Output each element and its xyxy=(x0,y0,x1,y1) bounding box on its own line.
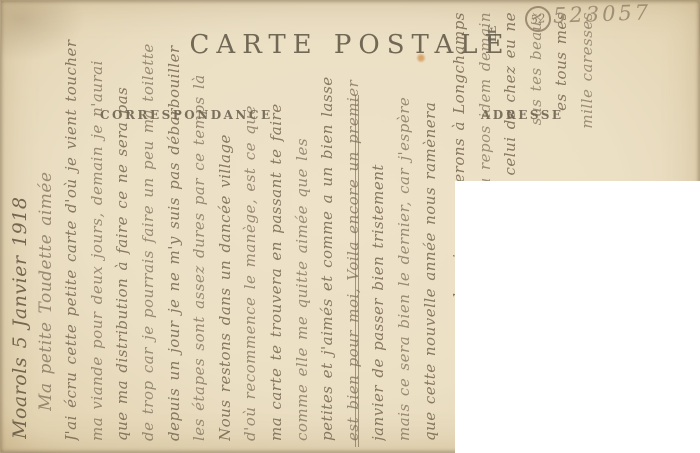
handwriting-line: de trop car je pourrais faire un peu ma … xyxy=(136,8,162,441)
handwriting-line: est bien pour moi, Voila encore un premi… xyxy=(341,8,367,441)
handwriting-line: que cette nouvelle année nous ramènera xyxy=(418,8,444,441)
handwriting-line: petites et j'aimés et comme a un bien la… xyxy=(315,8,341,441)
handwriting-line: J'ai écru cette petite carte d'où je vie… xyxy=(59,8,85,441)
blank-censor-rectangle xyxy=(455,181,700,453)
handwriting-line: ma carte te trouvera en passant te faire xyxy=(264,8,290,441)
handwriting-line: les étapes sont assez dures par ce temps… xyxy=(187,8,213,441)
handwriting-correspondence-block: Moarols 5 Janvier 1918Ma petite Toudette… xyxy=(8,8,443,441)
handwriting-line: janvier de passer bien tristement xyxy=(366,8,392,441)
handwriting-line: Nous restons dans un dancée village xyxy=(213,8,239,441)
postcard-photo: CARTE POSTALE CORRESPONDANCE ADRESSE LE … xyxy=(0,0,700,453)
handwriting-line: d'où recommence le manège, est ce que xyxy=(238,8,264,441)
handwriting-line: que ma distribution à faire ce ne sera p… xyxy=(110,8,136,441)
handwriting-line: ma viande pour deux jours, demain je n'a… xyxy=(85,8,111,441)
handwriting-line: Ma petite Toudette aimée xyxy=(34,8,60,411)
handwriting-line: comme elle me quitte aimée que les xyxy=(290,8,316,441)
handwriting-line: depuis un jour je ne m'y suis pas débarb… xyxy=(162,8,188,441)
handwriting-line: Moarols 5 Janvier 1918 xyxy=(8,8,34,439)
handwriting-line: mais ce sera bien le dernier, car j'espè… xyxy=(392,8,418,441)
reference-number-annotation: 523057 xyxy=(553,0,652,27)
